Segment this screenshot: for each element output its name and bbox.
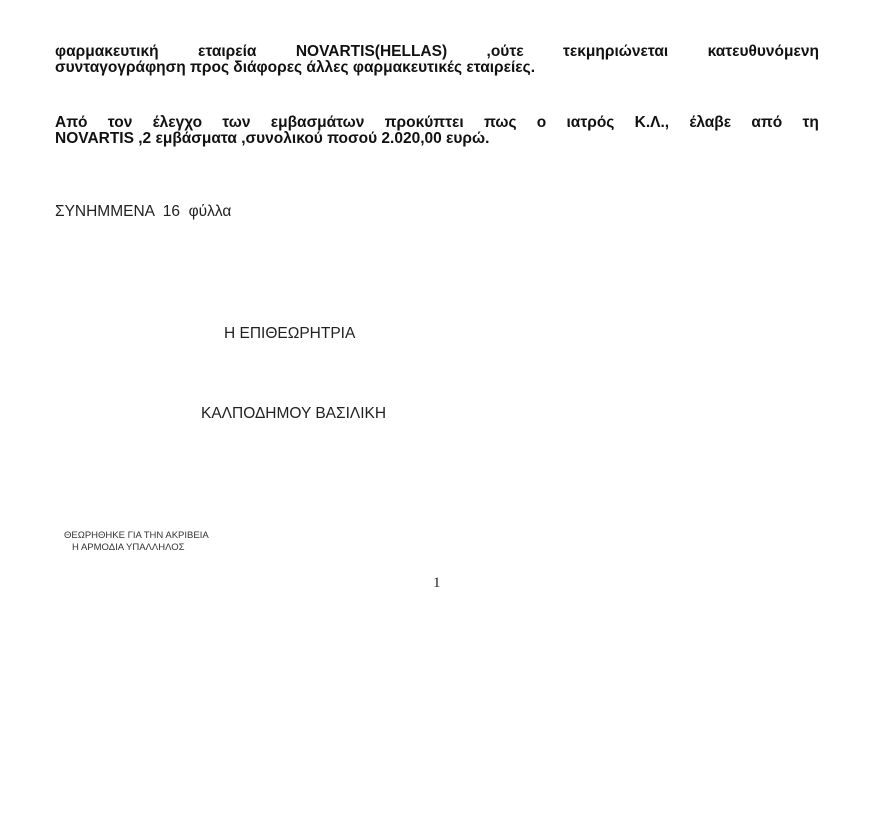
word: των	[222, 115, 250, 131]
word: τη	[802, 115, 818, 131]
paragraph-line: φαρμακευτική εταιρεία NOVARTIS(HELLAS) ,…	[55, 44, 819, 60]
word: έλαβε	[689, 115, 731, 131]
certification-line: ΘΕΩΡΗΘΗΚΕ ΓΙΑ ΤΗΝ ΑΚΡΙΒΕΙΑ	[64, 530, 209, 542]
word: πως	[484, 115, 517, 131]
signature-name: ΚΑΛΠΟΔΗΜΟΥ ΒΑΣΙΛΙΚΗ	[201, 405, 386, 423]
word: φαρμακευτική	[55, 44, 159, 60]
paragraph-novartis-prescription: φαρμακευτική εταιρεία NOVARTIS(HELLAS) ,…	[55, 44, 819, 76]
word: εταιρεία	[198, 44, 256, 60]
attachments-note: ΣΥΝΗΜΜΕΝΑ 16 φύλλα	[55, 203, 231, 221]
word: τεκμηριώνεται	[563, 44, 668, 60]
paragraph-remittances: Από τον έλεγχο των εμβασμάτων προκύπτει …	[55, 115, 819, 147]
word: από	[751, 115, 782, 131]
word: τον	[108, 115, 133, 131]
word: εμβασμάτων	[271, 115, 365, 131]
word: κατευθυνόμενη	[708, 44, 819, 60]
word: ιατρός	[567, 115, 615, 131]
word: ο	[537, 115, 546, 131]
paragraph-line: συνταγογράφηση προς διάφορες άλλες φαρμα…	[55, 60, 819, 76]
page-number: 1	[433, 575, 441, 592]
certification-line: Η ΑΡΜΟΔΙΑ ΥΠΑΛΛΗΛΟΣ	[64, 542, 209, 554]
word: Κ.Λ.,	[635, 115, 669, 131]
word: Από	[55, 115, 88, 131]
word: έλεγχο	[153, 115, 202, 131]
certification-stamp: ΘΕΩΡΗΘΗΚΕ ΓΙΑ ΤΗΝ ΑΚΡΙΒΕΙΑ Η ΑΡΜΟΔΙΑ ΥΠΑ…	[64, 530, 209, 554]
word: NOVARTIS(HELLAS)	[296, 44, 447, 60]
document-page: φαρμακευτική εταιρεία NOVARTIS(HELLAS) ,…	[0, 0, 880, 821]
signature-title: Η ΕΠΙΘΕΩΡΗΤΡΙΑ	[224, 325, 355, 343]
word: προκύπτει	[385, 115, 464, 131]
paragraph-line: NOVARTIS ,2 εμβάσματα ,συνολικού ποσού 2…	[55, 131, 819, 147]
paragraph-line: Από τον έλεγχο των εμβασμάτων προκύπτει …	[55, 115, 819, 131]
word: ,ούτε	[487, 44, 524, 60]
